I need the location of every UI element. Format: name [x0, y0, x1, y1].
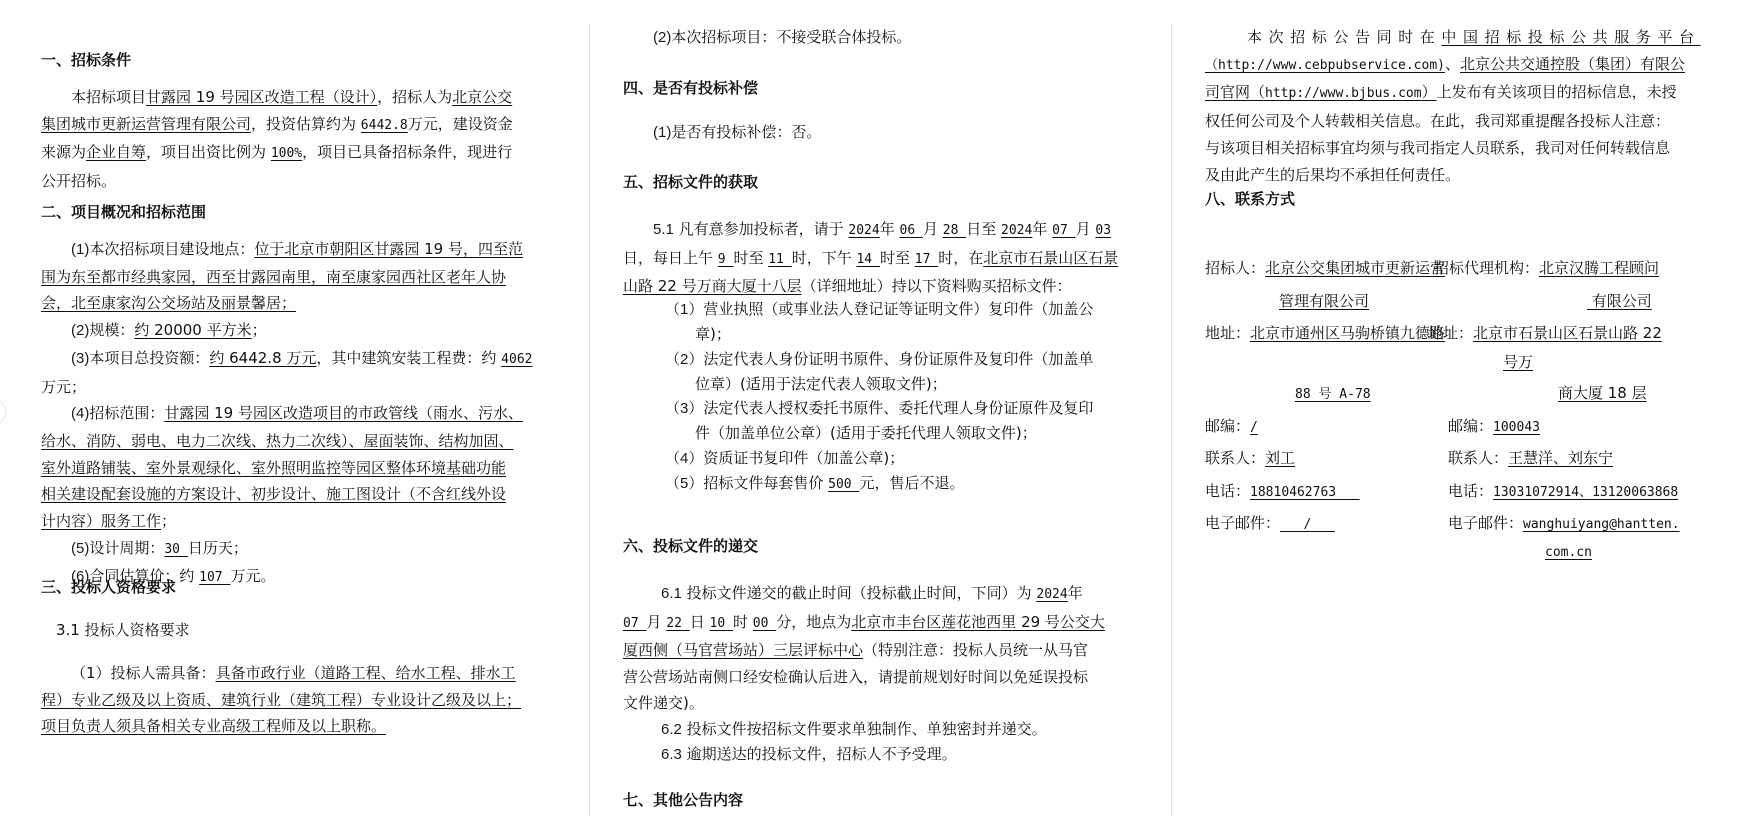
compensation-clause: (1)是否有投标补偿：否。: [653, 122, 821, 143]
required-documents-list: （1）营业执照（或事业法人登记证等证明文件）复印件（加盖公 章)； （2）法定代…: [665, 297, 1079, 497]
list-item: （2）法定代表人身份证明书原件、身份证原件及复印件（加盖单: [665, 347, 1079, 372]
scroll-handle-circle[interactable]: [0, 398, 6, 426]
project-overview-list: (1)本次招标项目建设地点：位于北京市朝阳区甘露园 19 号，四至范 围为东至都…: [41, 236, 494, 592]
list-item: （3）法定代表人授权委托书原件、委托代理人身份证原件及复印: [665, 396, 1079, 421]
section-heading-3: 三、投标人资格要求: [41, 577, 176, 597]
document-acquisition-paragraph: 5.1 凡有意参加投标者，请于 2024年 06 月 28 日至 2024年 0…: [623, 216, 1079, 300]
qualification-requirement: （1）投标人需具备：具备市政行业（道路工程、给水工程、排水工 程）专业乙级及以上…: [41, 660, 494, 740]
section-heading-8: 八、联系方式: [1205, 189, 1295, 209]
section-heading-7: 七、其他公告内容: [623, 790, 743, 810]
consortium-clause: (2)本次招标项目：不接受联合体投标。: [653, 27, 911, 48]
section-heading-4: 四、是否有投标补偿: [623, 78, 758, 98]
bidding-conditions-paragraph: 本招标项目甘露园 19 号园区改造工程（设计），招标人为北京公交 集团城市更新运…: [41, 84, 494, 195]
list-item: （5）招标文件每套售价 500 元，售后不退。: [665, 471, 1079, 497]
subsection-3-1: 3.1 投标人资格要求: [56, 620, 190, 640]
section-heading-6: 六、投标文件的递交: [623, 536, 758, 556]
list-item: （1）营业执照（或事业法人登记证等证明文件）复印件（加盖公: [665, 297, 1079, 322]
column-divider: [589, 23, 590, 816]
section-heading-1: 一、招标条件: [41, 50, 131, 70]
section-heading-2: 二、项目概况和招标范围: [41, 202, 206, 222]
bid-submission-paragraph: 6.1 投标文件递交的截止时间（投标截止时间，下同）为 2024年 07 月 2…: [623, 580, 1079, 767]
announcement-notice-paragraph: 本次招标公告同时在中国招标投标公共服务平台 （http://www.cebpub…: [1205, 24, 1705, 188]
section-heading-5: 五、招标文件的获取: [623, 172, 758, 192]
column-divider: [1171, 23, 1172, 816]
list-item: （4）资质证书复印件（加盖公章)；: [665, 446, 1079, 471]
